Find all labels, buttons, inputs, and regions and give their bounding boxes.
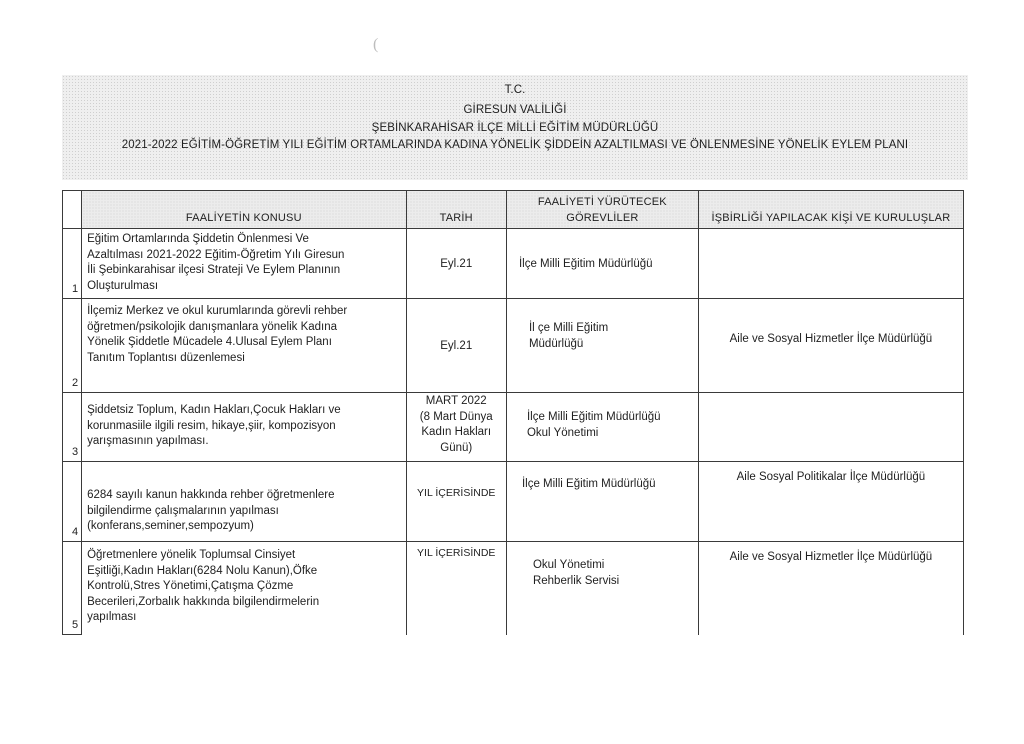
row-date: YIL İÇERİSİNDE [406, 542, 506, 635]
scan-artifact-mark: ( [373, 36, 378, 54]
row-topic: 6284 sayılı kanun hakkında rehber öğretm… [82, 462, 406, 542]
table-row: 3 Şiddetsiz Toplum, Kadın Hakları,Çocuk … [63, 393, 964, 462]
row-topic: Eğitim Ortamlarında Şiddetin Önlenmesi V… [82, 229, 406, 299]
row-number: 2 [63, 299, 82, 393]
row-number: 4 [63, 462, 82, 542]
row-date: MART 2022 (8 Mart Dünya Kadın Hakları Gü… [406, 393, 506, 462]
row-number: 3 [63, 393, 82, 462]
document-title-block: T.C. GİRESUN VALİLİĞİ ŞEBİNKARAHİSAR İLÇ… [62, 75, 968, 180]
table-row: 2 İlçemiz Merkez ve okul kurumlarında gö… [63, 299, 964, 393]
action-plan-table: FAALİYETİN KONUSU TARİH FAALİYETİ YÜRÜTE… [62, 190, 964, 635]
table-row: 1 Eğitim Ortamlarında Şiddetin Önlenmesi… [63, 229, 964, 299]
row-executors: İlçe Milli Eğitim Müdürlüğü [506, 462, 698, 542]
row-number: 5 [63, 542, 82, 635]
row-executors: İlçe Milli Eğitim Müdürlüğü [506, 229, 698, 299]
row-cooperators: Aile Sosyal Politikalar İlçe Müdürlüğü [698, 462, 963, 542]
row-executors: İl çe Milli Eğitim Müdürlüğü [506, 299, 698, 393]
header-cooperators: İŞBİRLİĞİ YAPILACAK KİŞİ VE KURULUŞLAR [698, 191, 963, 229]
title-directorate: ŞEBİNKARAHİSAR İLÇE MİLLİ EĞİTİM MÜDÜRLÜ… [62, 122, 968, 134]
row-cooperators: Aile ve Sosyal Hizmetler İlçe Müdürlüğü [698, 542, 963, 635]
table-header-row: FAALİYETİN KONUSU TARİH FAALİYETİ YÜRÜTE… [63, 191, 964, 229]
table-row: 5 Öğretmenlere yönelik Toplumsal Cinsiye… [63, 542, 964, 635]
row-topic: Şiddetsiz Toplum, Kadın Hakları,Çocuk Ha… [82, 393, 406, 462]
row-topic: İlçemiz Merkez ve okul kurumlarında göre… [82, 299, 406, 393]
row-cooperators [698, 393, 963, 462]
row-date: YIL İÇERİSİNDE [406, 462, 506, 542]
row-cooperators: Aile ve Sosyal Hizmetler İlçe Müdürlüğü [698, 299, 963, 393]
title-governorship: GİRESUN VALİLİĞİ [62, 104, 968, 116]
title-action-plan: 2021-2022 EĞİTİM-ÖĞRETİM YILI EĞİTİM ORT… [62, 139, 968, 151]
header-date: TARİH [406, 191, 506, 229]
row-date: Eyl.21 [406, 229, 506, 299]
header-num [63, 191, 82, 229]
row-number: 1 [63, 229, 82, 299]
header-executors: FAALİYETİ YÜRÜTECEK GÖREVLİLER [506, 191, 698, 229]
row-date: Eyl.21 [406, 299, 506, 393]
header-topic: FAALİYETİN KONUSU [82, 191, 406, 229]
row-executors: Okul Yönetimi Rehberlik Servisi [506, 542, 698, 635]
title-tc: T.C. [62, 84, 968, 96]
row-executors: İlçe Milli Eğitim Müdürlüğü Okul Yönetim… [506, 393, 698, 462]
row-cooperators [698, 229, 963, 299]
row-topic: Öğretmenlere yönelik Toplumsal Cinsiyet … [82, 542, 406, 635]
table-row: 4 6284 sayılı kanun hakkında rehber öğre… [63, 462, 964, 542]
